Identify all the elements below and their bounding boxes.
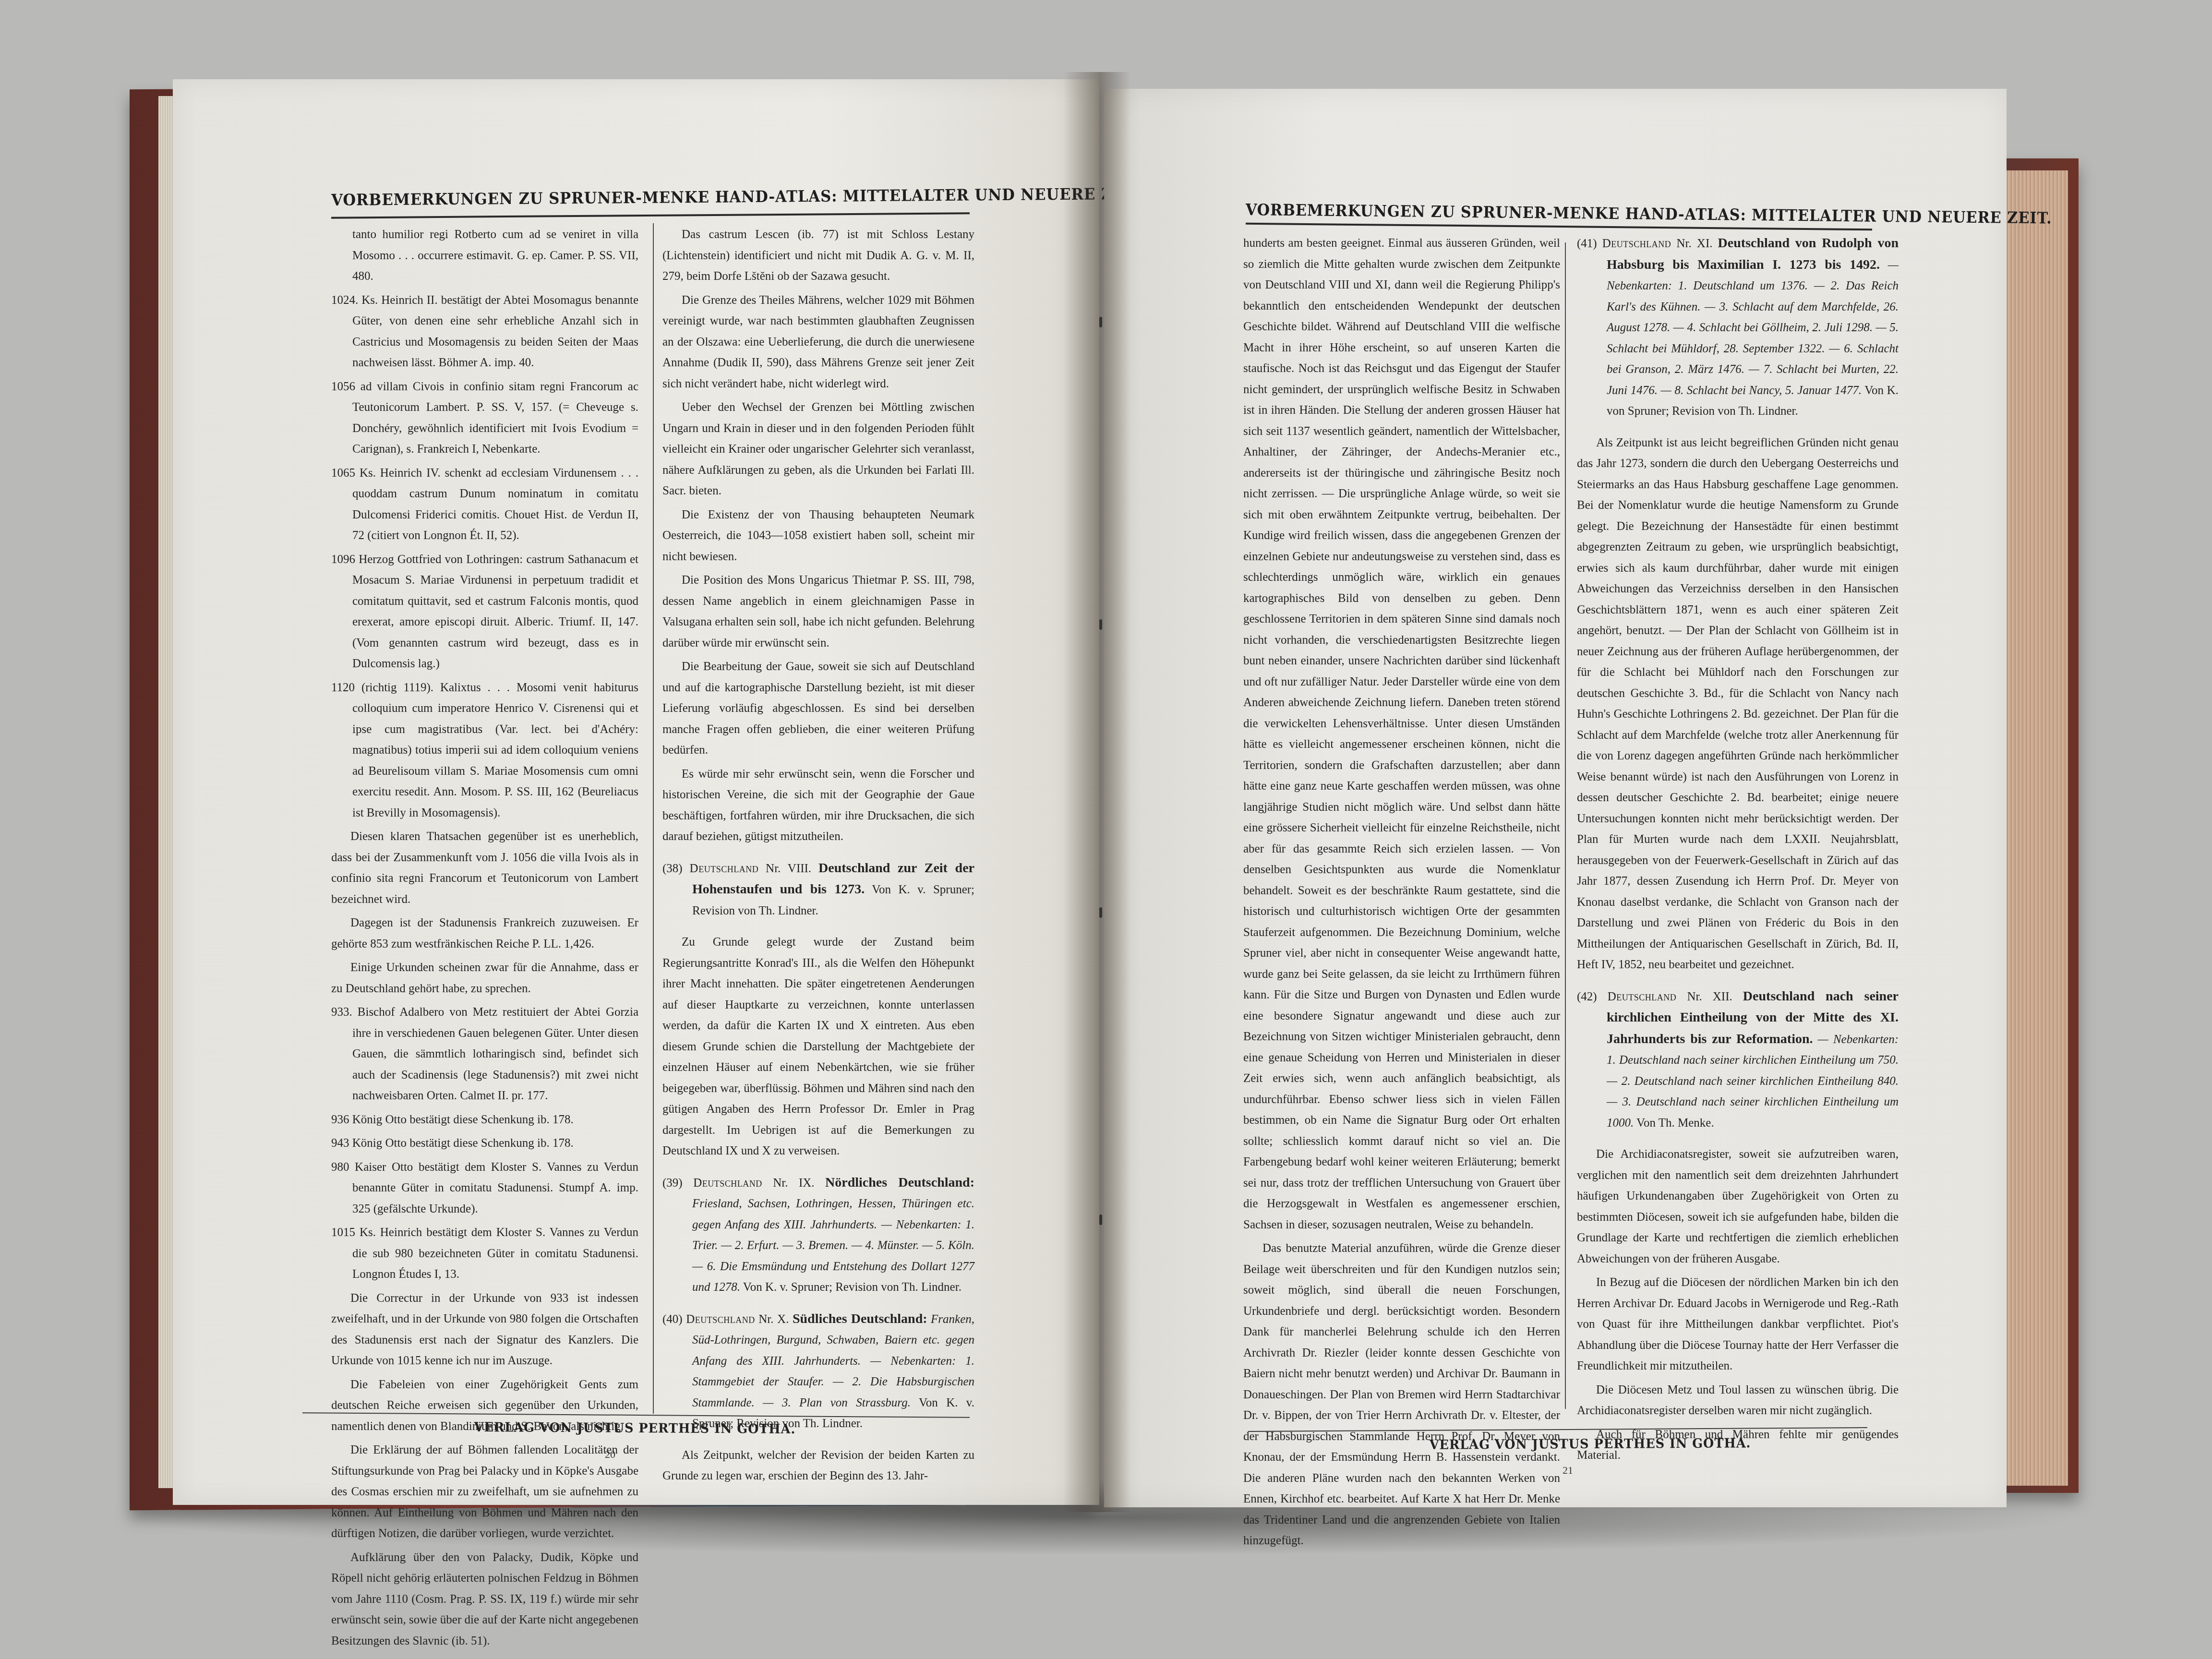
paragraph: Diesen klaren Thatsachen gegenüber ist e… (331, 826, 638, 910)
header-rule-left (331, 212, 970, 218)
section-title: Nördliches Deutschland: (825, 1175, 974, 1190)
right-column-2: (41) Deutschland Nr. XI. Deutschland von… (1577, 233, 1899, 1469)
right-page: VORBEMERKUNGEN ZU SPRUNER-MENKE HAND-ATL… (1104, 89, 2007, 1507)
paragraph: Die Bearbeitung der Gaue, soweit sie sic… (662, 656, 974, 761)
section-nr: Nr. XI. (1676, 237, 1712, 250)
paragraph: Die Correctur in der Urkunde von 933 ist… (331, 1288, 638, 1371)
paragraph: Zu Grunde gelegt wurde der Zustand beim … (662, 932, 974, 1162)
paragraph: Die Existenz der von Thausing behauptete… (662, 505, 974, 567)
paragraph: 1065 Ks. Heinrich IV. schenkt ad ecclesi… (331, 463, 638, 546)
left-column-2: Das castrum Lescen (ib. 77) ist mit Schl… (662, 224, 974, 1490)
column-divider-right (1565, 242, 1566, 1409)
paragraph: 943 König Otto bestätigt diese Schenkung… (331, 1133, 638, 1154)
book-gutter (1063, 72, 1130, 1512)
binding-stitch (1099, 619, 1102, 630)
section-number: (39) (662, 1177, 683, 1190)
paragraph: tanto humilior regi Rotberto cum ad se v… (331, 224, 638, 287)
page-edges-right (2004, 170, 2068, 1486)
paragraph: 933. Bischof Adalbero von Metz restituie… (331, 1002, 638, 1106)
paragraph: Die Erklärung der auf Böhmen fallenden L… (331, 1440, 638, 1544)
paragraph: Die Diöcesen Metz und Toul lassen zu wün… (1577, 1380, 1899, 1421)
page-number-right: 21 (1563, 1464, 1573, 1477)
column-divider-left (653, 223, 654, 1414)
section-42: (42) Deutschland Nr. XII. Deutschland na… (1577, 986, 1899, 1134)
section-38: (38) Deutschland Nr. VIII. Deutschland z… (662, 858, 974, 922)
section-title: Südliches Deutschland: (793, 1311, 927, 1326)
paragraph: Es würde mir sehr erwünscht sein, wenn d… (662, 764, 974, 847)
section-number: (41) (1577, 237, 1597, 250)
paragraph: 936 König Otto bestätigt diese Schenkung… (331, 1109, 638, 1130)
section-series: Deutschland (693, 1177, 762, 1190)
paragraph: Als Zeitpunkt ist aus leicht begreiflich… (1577, 433, 1899, 975)
section-41: (41) Deutschland Nr. XI. Deutschland von… (1577, 233, 1899, 422)
paragraph: 1015 Ks. Heinrich bestätigt dem Kloster … (331, 1222, 638, 1285)
section-credit: Von K. v. Spruner; Revision von Th. Lind… (743, 1281, 962, 1294)
left-column-1: tanto humilior regi Rotberto cum ad se v… (331, 224, 638, 1654)
section-39: (39) Deutschland Nr. IX. Nördliches Deut… (662, 1172, 974, 1298)
section-nr: Nr. XII. (1687, 990, 1732, 1003)
paragraph: 1096 Herzog Gottfried von Lothringen: ca… (331, 549, 638, 674)
paragraph: Aufklärung über den von Palacky, Dudik, … (331, 1547, 638, 1652)
section-nr: Nr. X. (758, 1313, 789, 1326)
publisher-footer-left: VERLAG VON JUSTUS PERTHES IN GOTHA. (474, 1420, 796, 1437)
paragraph: Die Grenze des Theiles Mährens, welcher … (662, 290, 974, 395)
publisher-footer-right: VERLAG VON JUSTUS PERTHES IN GOTHA. (1430, 1436, 1751, 1453)
binding-stitch (1099, 317, 1102, 327)
paragraph: Das benutzte Material anzuführen, würde … (1243, 1238, 1560, 1551)
paragraph: 1056 ad villam Civois in confinio sitam … (331, 376, 638, 460)
section-nr: Nr. IX. (773, 1177, 814, 1190)
section-series: Deutschland (686, 1313, 755, 1326)
running-head-right: VORBEMERKUNGEN ZU SPRUNER-MENKE HAND-ATL… (1246, 200, 2052, 228)
paragraph: Das castrum Lescen (ib. 77) ist mit Schl… (662, 224, 974, 287)
section-nebenkarten: — Nebenkarten: 1. Deutschland nach seine… (1607, 1033, 1899, 1130)
section-series: Deutschland (1602, 237, 1671, 250)
paragraph: Als Zeitpunkt, welcher der Revision der … (662, 1445, 974, 1487)
paragraph: Die Archidiaconatsregister, soweit sie a… (1577, 1144, 1899, 1269)
section-nr: Nr. VIII. (766, 862, 811, 875)
right-column-1: hunderts am besten geeignet. Einmal aus … (1243, 233, 1560, 1554)
section-series: Deutschland (1608, 990, 1677, 1003)
paragraph: 1120 (richtig 1119). Kalixtus . . . Moso… (331, 677, 638, 824)
binding-stitch (1099, 1214, 1102, 1225)
paragraph: 1024. Ks. Heinrich II. bestätigt der Abt… (331, 290, 638, 373)
binding-stitch (1099, 907, 1102, 918)
paragraph: Ueber den Wechsel der Grenzen bei Möttli… (662, 397, 974, 502)
left-page: VORBEMERKUNGEN ZU SPRUNER-MENKE HAND-ATL… (173, 79, 1099, 1505)
section-number: (40) (662, 1313, 683, 1326)
section-series: Deutschland (690, 862, 759, 875)
section-credit: Von Th. Menke. (1636, 1117, 1714, 1130)
paragraph: 980 Kaiser Otto bestätigt dem Kloster S.… (331, 1157, 638, 1220)
running-head-left: VORBEMERKUNGEN ZU SPRUNER-MENKE HAND-ATL… (331, 184, 1146, 209)
paragraph: Dagegen ist der Stadunensis Frankreich z… (331, 913, 638, 954)
paragraph: In Bezug auf die Diöcesen der nördlichen… (1577, 1272, 1899, 1377)
page-number-left: 20 (605, 1448, 615, 1461)
paragraph: hunderts am besten geeignet. Einmal aus … (1243, 233, 1560, 1235)
section-number: (38) (662, 862, 683, 875)
paragraph: Die Position des Mons Ungaricus Thietmar… (662, 570, 974, 653)
section-nebenkarten: — Nebenkarten: 1. Deutschland um 1376. —… (1607, 259, 1899, 397)
section-number: (42) (1577, 990, 1597, 1003)
paragraph: Einige Urkunden scheinen zwar für die An… (331, 957, 638, 999)
